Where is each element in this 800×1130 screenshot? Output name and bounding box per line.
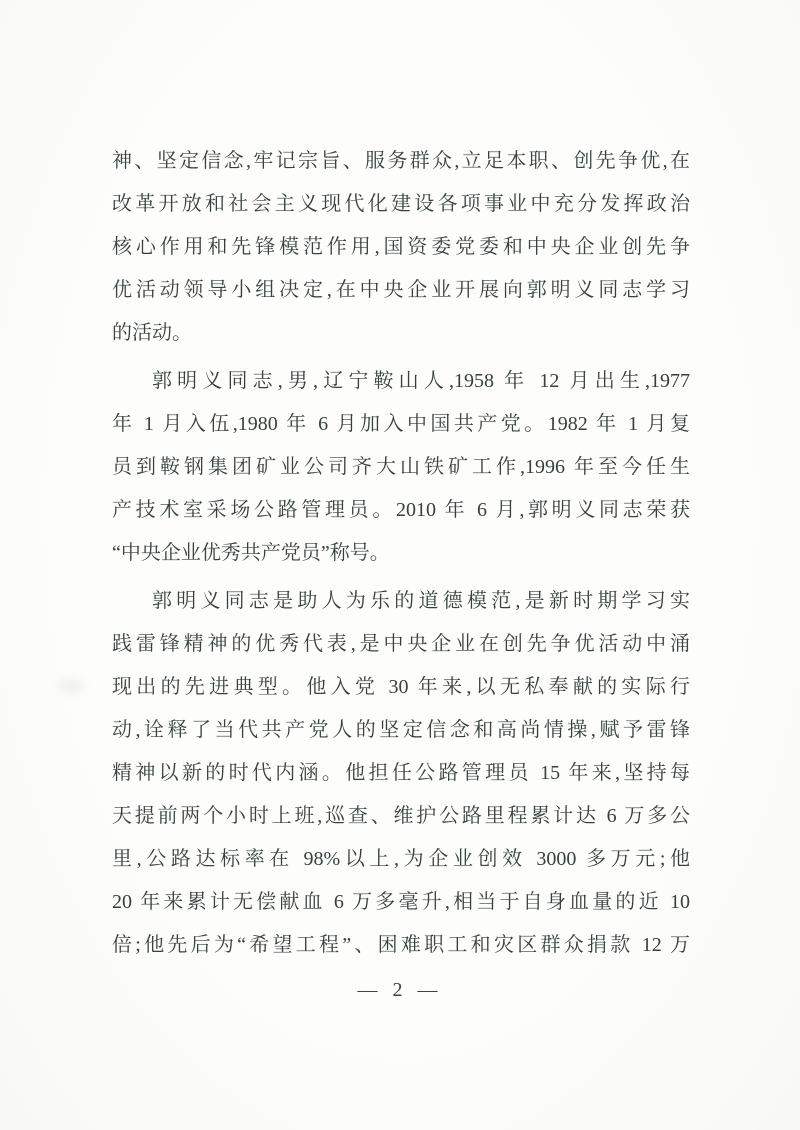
text-line: 改革开放和社会主义现代化建设各项事业中充分发挥政治 xyxy=(112,183,690,226)
text-line: 郭明义同志,男,辽宁鞍山人,1958 年 12 月出生,1977 xyxy=(112,360,690,403)
text-line: 倍;他先后为“希望工程”、困难职工和灾区群众捐款 12 万 xyxy=(112,924,690,967)
text-line: 产技术室采场公路管理员。2010 年 6 月,郭明义同志荣获 xyxy=(112,489,690,532)
text-line: 优活动领导小组决定,在中央企业开展向郭明义同志学习 xyxy=(112,269,690,312)
text-line: 现出的先进典型。他入党 30 年来,以无私奉献的实际行 xyxy=(112,666,690,709)
paragraph-2: 郭明义同志,男,辽宁鞍山人,1958 年 12 月出生,1977 年 1 月入伍… xyxy=(112,360,690,575)
text-line: 核心作用和先锋模范作用,国资委党委和中央企业创先争 xyxy=(112,226,690,269)
text-line: 天提前两个小时上班,巡查、维护公路里程累计达 6 万多公 xyxy=(112,795,690,838)
text-line: 郭明义同志是助人为乐的道德模范,是新时期学习实 xyxy=(112,580,690,623)
text-line: 年 1 月入伍,1980 年 6 月加入中国共产党。1982 年 1 月复 xyxy=(112,403,690,446)
text-line: 员到鞍钢集团矿业公司齐大山铁矿工作,1996 年至今任生 xyxy=(112,446,690,489)
scanned-document-page: 神、坚定信念,牢记宗旨、服务群众,立足本职、创先争优,在 改革开放和社会主义现代… xyxy=(0,0,800,1130)
paragraph-3: 郭明义同志是助人为乐的道德模范,是新时期学习实 践雷锋精神的优秀代表,是中央企业… xyxy=(112,580,690,967)
text-line: 践雷锋精神的优秀代表,是中央企业在创先争优活动中涌 xyxy=(112,623,690,666)
document-body: 神、坚定信念,牢记宗旨、服务群众,立足本职、创先争优,在 改革开放和社会主义现代… xyxy=(112,140,690,972)
page-number: — 2 — xyxy=(0,977,800,1003)
page-number-label: — 2 — xyxy=(358,979,443,1001)
paragraph-1: 神、坚定信念,牢记宗旨、服务群众,立足本职、创先争优,在 改革开放和社会主义现代… xyxy=(112,140,690,355)
text-line: 20 年来累计无偿献血 6 万多毫升,相当于自身血量的近 10 xyxy=(112,881,690,924)
text-line: “中央企业优秀共产党员”称号。 xyxy=(112,532,690,575)
text-line: 里,公路达标率在 98%以上,为企业创效 3000 多万元;他 xyxy=(112,838,690,881)
text-line: 神、坚定信念,牢记宗旨、服务群众,立足本职、创先争优,在 xyxy=(112,140,690,183)
text-line: 精神以新的时代内涵。他担任公路管理员 15 年来,坚持每 xyxy=(112,752,690,795)
text-line: 动,诠释了当代共产党人的坚定信念和高尚情操,赋予雷锋 xyxy=(112,709,690,752)
scan-artifact xyxy=(58,678,84,694)
text-line: 的活动。 xyxy=(112,312,690,355)
